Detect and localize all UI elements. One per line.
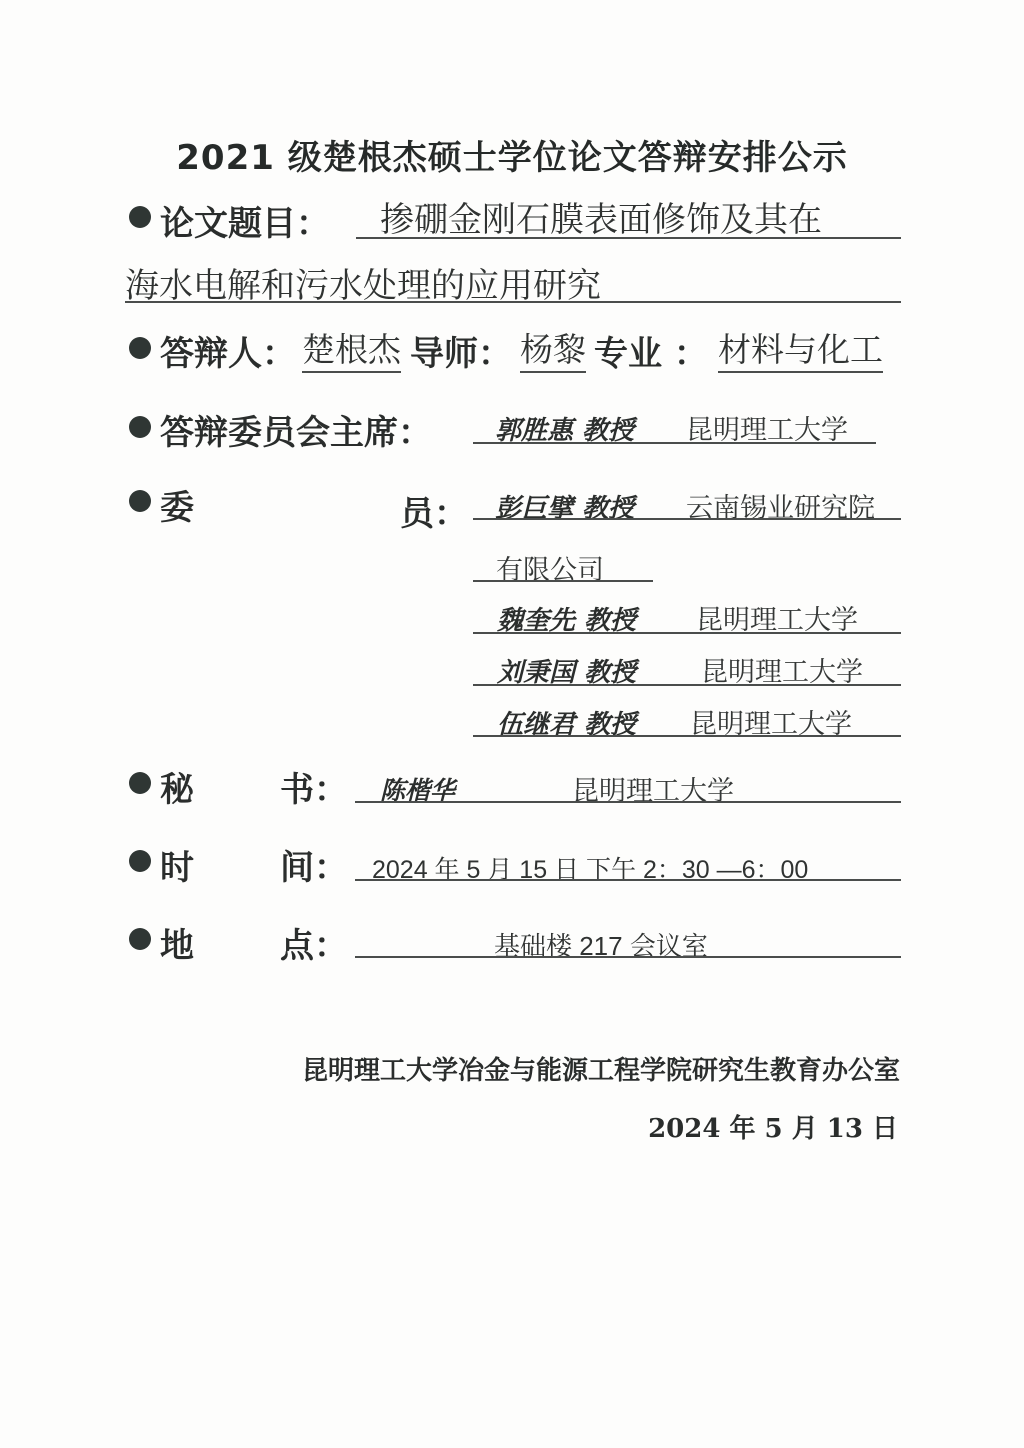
bullet-icon [129, 416, 151, 438]
bullet-icon [129, 928, 151, 950]
advisor-label: 导师： [410, 326, 512, 375]
page-title: 2021 级楚根杰硕士学位论文答辩安排公示 [0, 130, 1024, 179]
underline [125, 301, 901, 303]
major-value: 材料与化工 [718, 324, 883, 373]
members-label-left: 委 [160, 480, 194, 529]
bullet-icon [129, 337, 151, 359]
issue-date: 2024 年 5 月 13 日 [648, 1108, 898, 1145]
bullet-icon [129, 850, 151, 872]
issuing-office: 昆明理工大学冶金与能源工程学院研究生教育办公室 [302, 1050, 900, 1087]
bullet-icon [129, 206, 151, 228]
secretary-label-right: 书： [280, 762, 348, 811]
thesis-label: 论文题目： [160, 196, 330, 245]
secretary-label-left: 秘 [160, 762, 194, 811]
thesis-title-line1: 掺硼金刚石膜表面修饰及其在 [380, 192, 822, 241]
advisor-name: 杨黎 [520, 324, 586, 373]
underline [355, 956, 901, 958]
underline [473, 632, 901, 634]
members-label-right: 员： [400, 486, 468, 535]
underline [473, 735, 901, 737]
time-label-right: 间： [280, 840, 348, 889]
underline [473, 684, 901, 686]
chair-label: 答辩委员会主席： [160, 405, 432, 454]
underline [356, 237, 901, 239]
thesis-title-line2: 海水电解和污水处理的应用研究 [125, 258, 601, 307]
underline [355, 801, 901, 803]
location-label-left: 地 [160, 918, 194, 967]
major-label: 专业 ： [594, 326, 708, 375]
defender-name: 楚根杰 [302, 324, 401, 373]
underline [355, 879, 901, 881]
underline [473, 518, 901, 520]
defender-label: 答辩人： [160, 326, 296, 375]
bullet-icon [129, 772, 151, 794]
location-label-right: 点： [280, 918, 348, 967]
underline [473, 580, 653, 582]
underline [473, 442, 876, 444]
bullet-icon [129, 490, 151, 512]
time-label-left: 时 [160, 840, 194, 889]
